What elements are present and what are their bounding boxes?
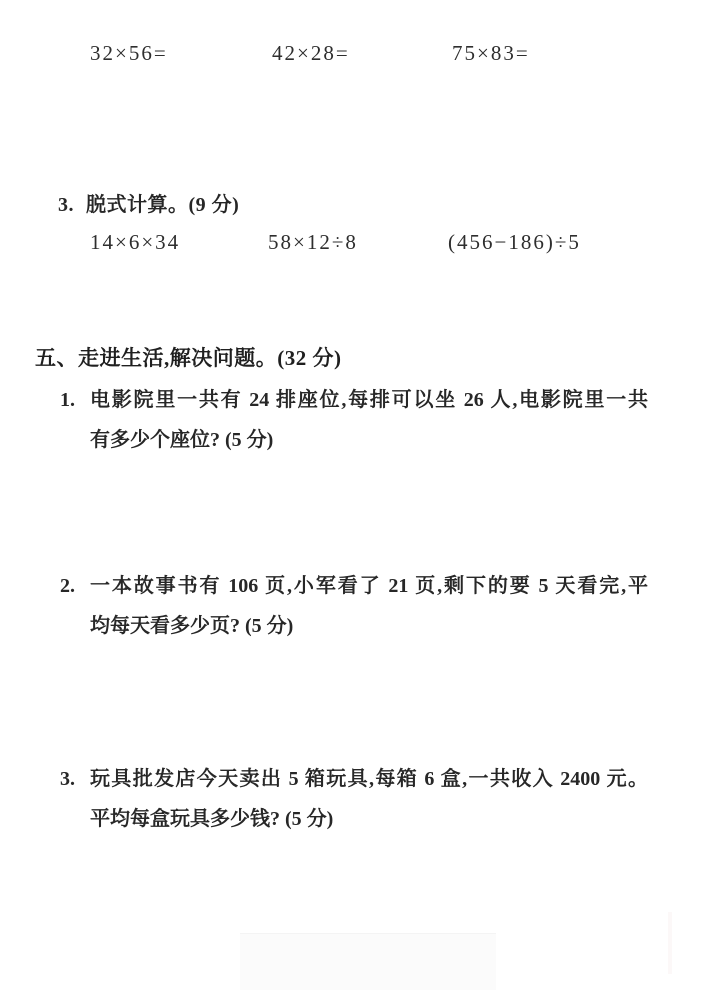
word-problem-3-line-2: 平均每盒玩具多少钱? (5 分) <box>90 799 648 839</box>
word-problem-3: 3. 玩具批发店今天卖出 5 箱玩具,每箱 6 盒,一共收入 2400 元。 平… <box>90 759 648 839</box>
word-problem-3-number: 3. <box>60 759 75 799</box>
word-problem-1-line-2: 有多少个座位? (5 分) <box>90 420 648 460</box>
word-problem-3-line-1: 玩具批发店今天卖出 5 箱玩具,每箱 6 盒,一共收入 2400 元。 <box>90 759 648 799</box>
stepwise-expression-2: 58×12÷8 <box>268 230 358 255</box>
stepwise-expression-3: (456−186)÷5 <box>448 230 581 255</box>
word-problem-2: 2. 一本故事书有 106 页,小军看了 21 页,剩下的要 5 天看完,平 均… <box>90 566 648 646</box>
section-five-heading: 五、走进生活,解决问题。(32 分) <box>35 342 342 372</box>
word-problem-1: 1. 电影院里一共有 24 排座位,每排可以坐 26 人,电影院里一共 有多少个… <box>90 380 648 460</box>
mental-math-expression-1: 32×56= <box>90 41 168 66</box>
mental-math-expression-2: 42×28= <box>272 41 350 66</box>
word-problem-1-line-1: 电影院里一共有 24 排座位,每排可以坐 26 人,电影院里一共 <box>90 380 648 420</box>
stepwise-expression-1: 14×6×34 <box>90 230 180 255</box>
word-problem-2-number: 2. <box>60 566 75 606</box>
word-problem-1-number: 1. <box>60 380 75 420</box>
scan-artifact-rect <box>240 933 496 990</box>
scan-artifact-line <box>668 912 672 974</box>
sub-question-3-heading: 3.脱式计算。(9 分) <box>58 188 239 217</box>
sub-question-3-number: 3. <box>58 194 74 216</box>
mental-math-expression-3: 75×83= <box>452 41 530 66</box>
worksheet-page: 32×56= 42×28= 75×83= 3.脱式计算。(9 分) 14×6×3… <box>0 0 702 990</box>
word-problem-2-line-2: 均每天看多少页? (5 分) <box>90 606 648 646</box>
word-problem-2-line-1: 一本故事书有 106 页,小军看了 21 页,剩下的要 5 天看完,平 <box>90 566 648 606</box>
sub-question-3-title: 脱式计算。(9 分) <box>86 194 239 216</box>
